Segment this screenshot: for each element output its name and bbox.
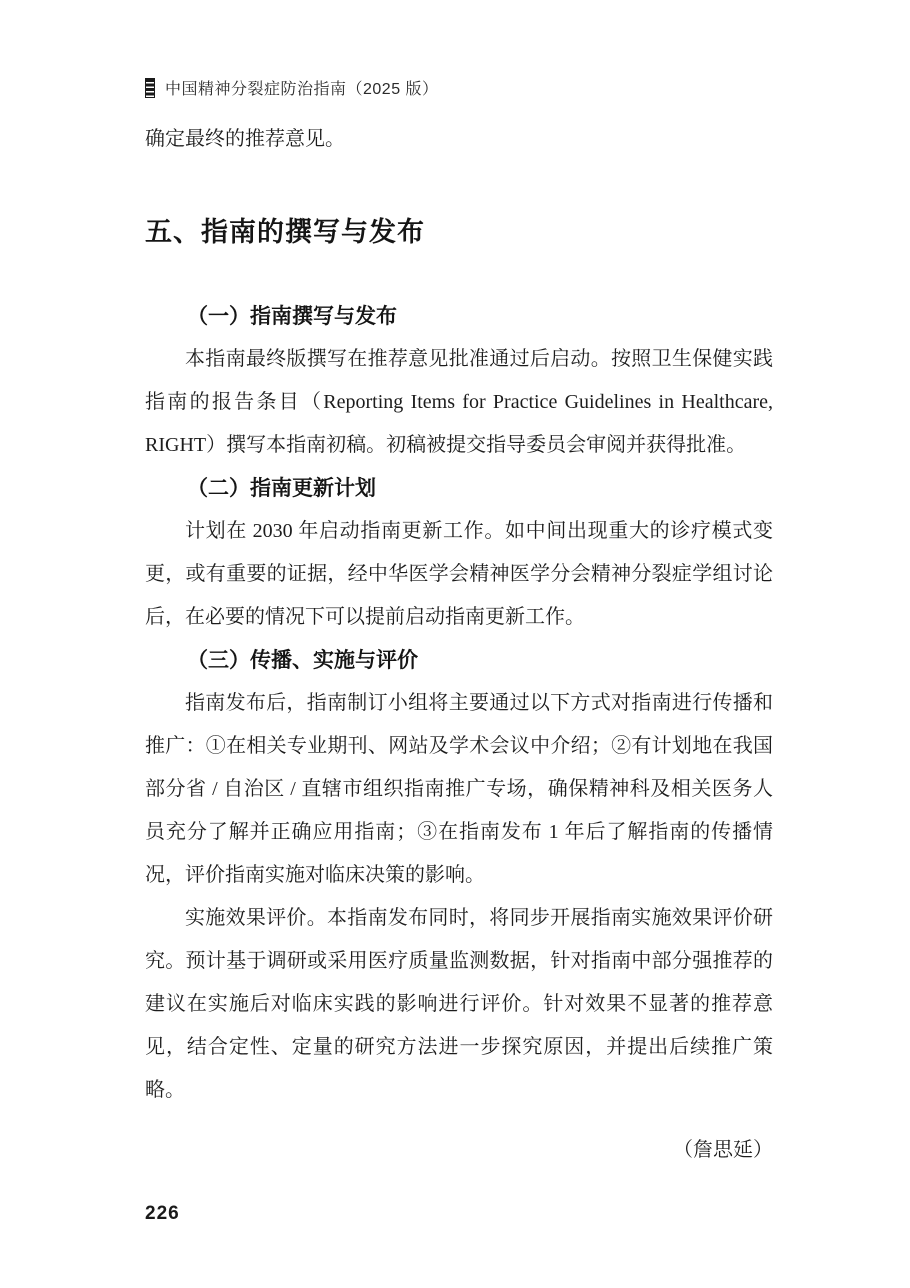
paragraph: 实施效果评价。本指南发布同时，将同步开展指南实施效果评价研究。预计基于调研或采用…	[145, 897, 773, 1112]
document-page: 中国精神分裂症防治指南（2025 版） 确定最终的推荐意见。 五、指南的撰写与发…	[0, 0, 910, 1288]
section-title: 五、指南的撰写与发布	[145, 215, 773, 249]
page-number: 226	[145, 1203, 180, 1225]
subsection-heading-3: （三）传播、实施与评价	[145, 639, 773, 682]
author-signature: （詹思延）	[145, 1129, 773, 1172]
paragraph: 指南发布后，指南制订小组将主要通过以下方式对指南进行传播和推广：①在相关专业期刊…	[145, 682, 773, 897]
running-header-title: 中国精神分裂症防治指南（2025 版）	[165, 76, 439, 99]
paragraph: 计划在 2030 年启动指南更新工作。如中间出现重大的诊疗模式变更，或有重要的证…	[145, 510, 773, 639]
paragraph-continuation: 确定最终的推荐意见。	[145, 118, 773, 161]
paragraph: 本指南最终版撰写在推荐意见批准通过后启动。按照卫生保健实践指南的报告条目（Rep…	[145, 338, 773, 467]
book-spine-icon	[145, 78, 155, 98]
page-body: 确定最终的推荐意见。 五、指南的撰写与发布 （一）指南撰写与发布 本指南最终版撰…	[145, 118, 773, 1172]
running-header: 中国精神分裂症防治指南（2025 版）	[145, 76, 439, 99]
subsection-heading-2: （二）指南更新计划	[145, 467, 773, 510]
subsection-heading-1: （一）指南撰写与发布	[145, 295, 773, 338]
